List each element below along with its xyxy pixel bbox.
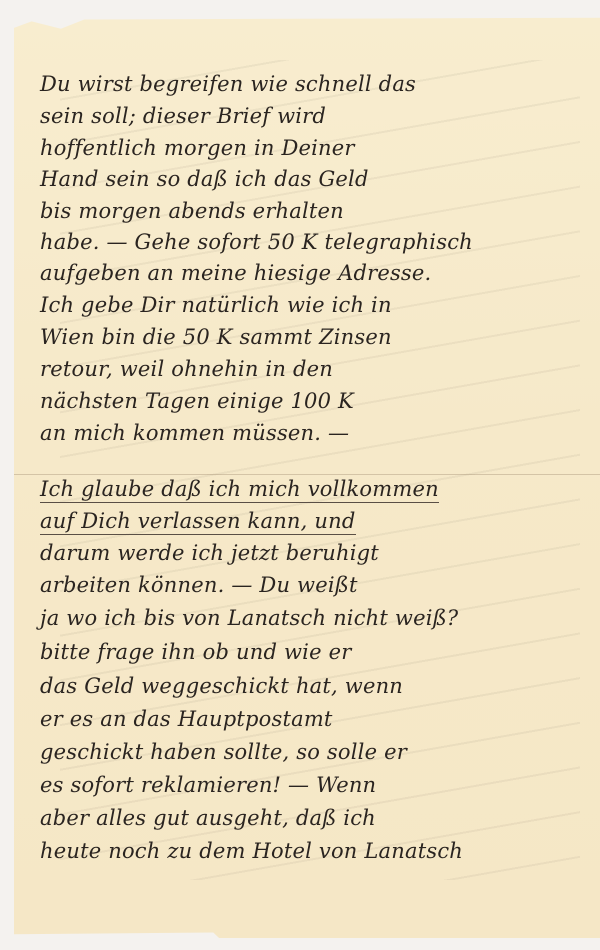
- letter-line: Du wirst begreifen wie schnell das: [40, 72, 416, 96]
- letter-line: heute noch zu dem Hotel von Lanatsch: [40, 839, 463, 863]
- letter-line: bis morgen abends erhalten: [40, 199, 344, 223]
- letter-line: retour, weil ohnehin in den: [40, 357, 333, 381]
- letter-line: sein soll; dieser Brief wird: [40, 104, 326, 128]
- letter-line: aber alles gut ausgeht, daß ich: [40, 806, 376, 830]
- letter-line: aufgeben an meine hiesige Adresse.: [40, 261, 431, 285]
- letter-line: bitte frage ihn ob und wie er: [40, 640, 351, 664]
- letter-line: nächsten Tagen einige 100 K: [40, 389, 354, 413]
- letter-line: es sofort reklamieren! — Wenn: [40, 773, 376, 797]
- letter-line: er es an das Hauptpostamt: [40, 707, 333, 731]
- letter-line: Wien bin die 50 K sammt Zinsen: [40, 325, 392, 349]
- letter-line: arbeiten können. — Du weißt: [40, 573, 358, 597]
- letter-line-underlined: auf Dich verlassen kann, und: [40, 509, 356, 535]
- letter-line: hoffentlich morgen in Deiner: [40, 136, 355, 160]
- letter-line: an mich kommen müssen. —: [40, 421, 349, 445]
- paper-fold-line: [14, 474, 600, 475]
- letter-line: darum werde ich jetzt beruhigt: [40, 541, 379, 565]
- letter-line-underlined: Ich glaube daß ich mich vollkommen: [40, 477, 439, 503]
- letter-line: geschickt haben sollte, so solle er: [40, 740, 407, 764]
- letter-line: habe. — Gehe sofort 50 K telegraphisch: [40, 230, 473, 254]
- letter-line: ja wo ich bis von Lanatsch nicht weiß?: [40, 606, 458, 630]
- letter-line: Ich gebe Dir natürlich wie ich in: [40, 293, 392, 317]
- letter-line: das Geld weggeschickt hat, wenn: [40, 674, 403, 698]
- letter-line: Hand sein so daß ich das Geld: [40, 167, 369, 191]
